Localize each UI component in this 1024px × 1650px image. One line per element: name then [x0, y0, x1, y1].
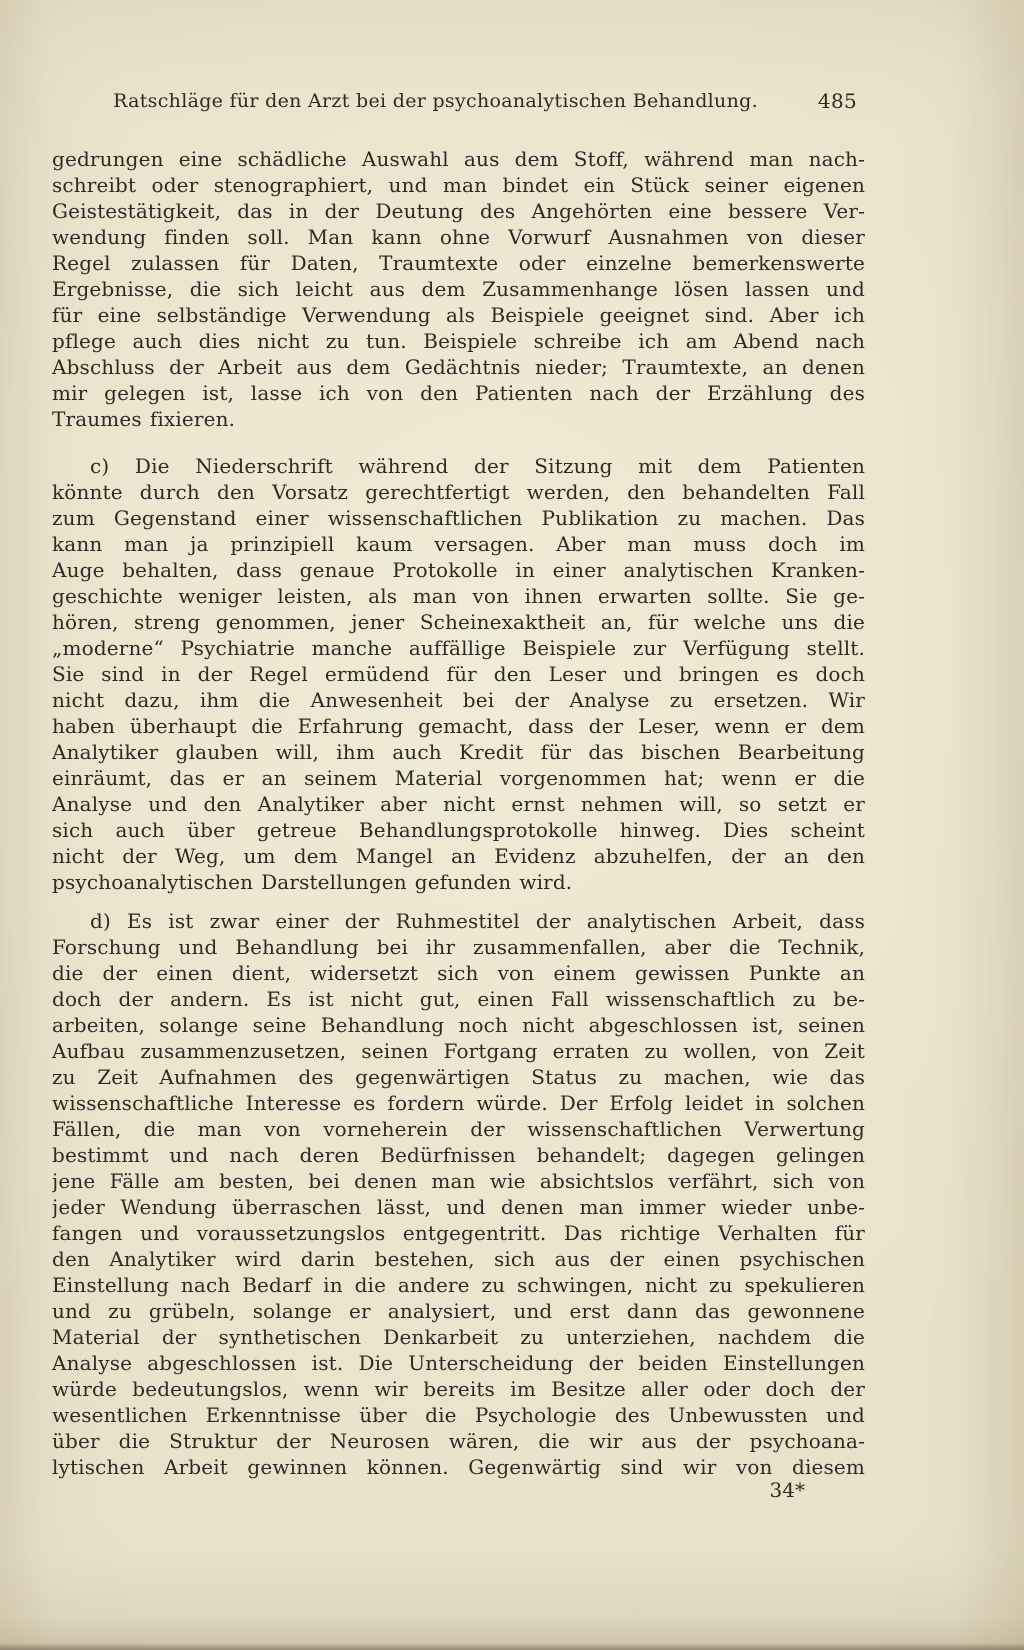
text-line: Analytiker glauben will, ihm auch Kredit… — [52, 739, 865, 765]
text-line: gedrungen eine schädliche Auswahl aus de… — [52, 146, 865, 172]
text-line: c) Die Niederschrift während der Sitzung… — [52, 453, 865, 479]
text-line: Auge behalten, dass genaue Protokolle in… — [52, 557, 865, 583]
running-head: Ratschläge für den Arzt bei der psychoan… — [52, 86, 865, 116]
text-line: psychoanalytischen Darstellungen gefunde… — [52, 869, 865, 895]
text-line: und zu grübeln, solange er analysiert, u… — [52, 1298, 865, 1324]
text-line: nicht dazu, ihm die Anwesenheit bei der … — [52, 687, 865, 713]
text-line: Abschluss der Arbeit aus dem Gedächtnis … — [52, 354, 865, 380]
text-line: sich auch über getreue Behandlungsprotok… — [52, 817, 865, 843]
signature-mark: 34* — [770, 1478, 805, 1502]
text-line: doch der andern. Es ist nicht gut, einen… — [52, 986, 865, 1012]
text-line: Einstellung nach Bedarf in die andere zu… — [52, 1272, 865, 1298]
text-line: jene Fälle am besten, bei denen man wie … — [52, 1168, 865, 1194]
text-line: mir gelegen ist, lasse ich von den Patie… — [52, 380, 865, 406]
text-line: haben überhaupt die Erfahrung gemacht, d… — [52, 713, 865, 739]
text-line: Geistestätigkeit, das in der Deutung des… — [52, 198, 865, 224]
text-line: fangen und voraussetzungslos entgegentri… — [52, 1220, 865, 1246]
text-line: wissenschaftliche Interesse es fordern w… — [52, 1090, 865, 1116]
text-line: schreibt oder stenographiert, und man bi… — [52, 172, 865, 198]
text-line: über die Struktur der Neurosen wären, di… — [52, 1428, 865, 1454]
text-line: Analyse und den Analytiker aber nicht er… — [52, 791, 865, 817]
text-line: wendung finden soll. Man kann ohne Vorwu… — [52, 224, 865, 250]
text-line: wesentlichen Erkenntnisse über die Psych… — [52, 1402, 865, 1428]
text-line: den Analytiker wird darin bestehen, sich… — [52, 1246, 865, 1272]
text-line: Ergebnisse, die sich leicht aus dem Zusa… — [52, 276, 865, 302]
text-line: hören, streng genommen, jener Scheinexak… — [52, 609, 865, 635]
text-line: d) Es ist zwar einer der Ruhmestitel der… — [52, 908, 865, 934]
body-text: gedrungen eine schädliche Auswahl aus de… — [52, 146, 865, 1480]
text-line: einräumt, das er an seinem Material vorg… — [52, 765, 865, 791]
text-line: pflege auch dies nicht zu tun. Beispiele… — [52, 328, 865, 354]
text-line: die der einen dient, widersetzt sich von… — [52, 960, 865, 986]
text-line: zum Gegenstand einer wissenschaftlichen … — [52, 505, 865, 531]
text-line: lytischen Arbeit gewinnen können. Gegenw… — [52, 1454, 865, 1480]
text-line: jeder Wendung überraschen lässt, und den… — [52, 1194, 865, 1220]
text-line: Aufbau zusammenzusetzen, seinen Fortgang… — [52, 1038, 865, 1064]
signature-line: 34* — [52, 1478, 865, 1502]
page-number: 485 — [818, 86, 857, 116]
text-line: arbeiten, solange seine Behandlung noch … — [52, 1012, 865, 1038]
text-line: geschichte weniger leisten, als man von … — [52, 583, 865, 609]
text-line: Regel zulassen für Daten, Traumtexte ode… — [52, 250, 865, 276]
scanned-book-page: Ratschläge für den Arzt bei der psychoan… — [0, 0, 1024, 1650]
text-line: bestimmt und nach deren Bedürfnissen beh… — [52, 1142, 865, 1168]
text-line: Sie sind in der Regel ermüdend für den L… — [52, 661, 865, 687]
text-line: Traumes fixieren. — [52, 406, 865, 432]
text-line: würde bedeutungslos, wenn wir bereits im… — [52, 1376, 865, 1402]
text-line: Fällen, die man von vorneherein der wiss… — [52, 1116, 865, 1142]
paragraph-continuation: gedrungen eine schädliche Auswahl aus de… — [52, 146, 865, 432]
text-line: Forschung und Behandlung bei ihr zusamme… — [52, 934, 865, 960]
text-line: kann man ja prinzipiell kaum versagen. A… — [52, 531, 865, 557]
text-line: für eine selbständige Verwendung als Bei… — [52, 302, 865, 328]
text-line: „moderne“ Psychiatrie manche auffällige … — [52, 635, 865, 661]
paragraph-point-c: c) Die Niederschrift während der Sitzung… — [52, 453, 865, 895]
paragraph-point-d: d) Es ist zwar einer der Ruhmestitel der… — [52, 908, 865, 1480]
text-line: könnte durch den Vorsatz gerechtfertigt … — [52, 479, 865, 505]
text-line: Analyse abgeschlossen ist. Die Untersche… — [52, 1350, 865, 1376]
text-line: zu Zeit Aufnahmen des gegenwärtigen Stat… — [52, 1064, 865, 1090]
text-line: nicht der Weg, um dem Mangel an Evidenz … — [52, 843, 865, 869]
running-title: Ratschläge für den Arzt bei der psychoan… — [52, 86, 865, 116]
text-line: Material der synthetischen Denkarbeit zu… — [52, 1324, 865, 1350]
